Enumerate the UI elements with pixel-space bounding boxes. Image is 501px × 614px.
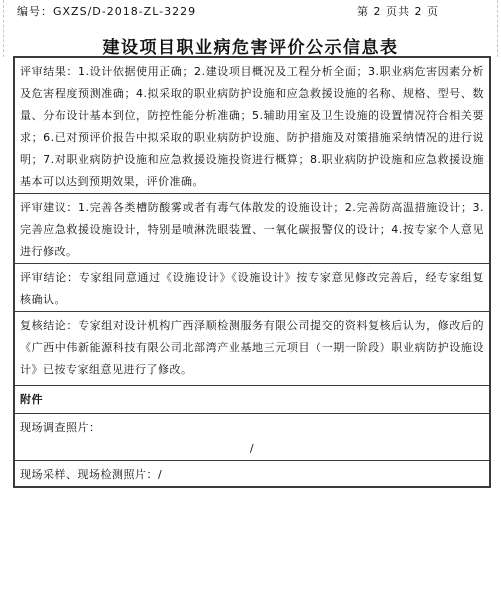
recheck-conclusion-cell: 复核结论：专家组对设计机构广西泽顺检测服务有限公司提交的资料复核后认为，修改后的… bbox=[14, 312, 490, 386]
site-survey-value: / bbox=[20, 439, 484, 459]
table-row: 复核结论：专家组对设计机构广西泽顺检测服务有限公司提交的资料复核后认为，修改后的… bbox=[14, 312, 490, 386]
table-row: 评审结果：1.设计依据使用正确；2.建设项目概况及工程分析全面；3.职业病危害因… bbox=[14, 57, 490, 194]
review-result-cell: 评审结果：1.设计依据使用正确；2.建设项目概况及工程分析全面；3.职业病危害因… bbox=[14, 57, 490, 194]
table-row: 附件 bbox=[14, 386, 490, 414]
table-row: 评审建议：1.完善各类槽防酸雾或者有毒气体散发的设施设计；2.完善防高温措施设计… bbox=[14, 194, 490, 264]
sampling-photos-cell: 现场采样、现场检测照片：/ bbox=[14, 461, 490, 488]
page-indicator: 第 2 页共 2 页 bbox=[357, 3, 439, 19]
evaluation-info-table: 评审结果：1.设计依据使用正确；2.建设项目概况及工程分析全面；3.职业病危害因… bbox=[13, 56, 491, 488]
table-row: 现场采样、现场检测照片：/ bbox=[14, 461, 490, 488]
page-title: 建设项目职业病危害评价公示信息表 bbox=[0, 33, 501, 58]
site-survey-photos-cell: 现场调查照片： / bbox=[14, 414, 490, 461]
review-conclusion-cell: 评审结论：专家组同意通过《设施设计》《设施设计》按专家意见修改完善后，经专家组复… bbox=[14, 264, 490, 312]
attachment-heading-cell: 附件 bbox=[14, 386, 490, 414]
doc-number: 编号：GXZS/D-2018-ZL-3229 bbox=[17, 3, 196, 19]
site-survey-label: 现场调查照片： bbox=[20, 417, 484, 439]
review-suggestion-cell: 评审建议：1.完善各类槽防酸雾或者有毒气体散发的设施设计；2.完善防高温措施设计… bbox=[14, 194, 490, 264]
document-page: 编号：GXZS/D-2018-ZL-3229 第 2 页共 2 页 建设项目职业… bbox=[0, 0, 501, 614]
table-row: 评审结论：专家组同意通过《设施设计》《设施设计》按专家意见修改完善后，经专家组复… bbox=[14, 264, 490, 312]
table-row: 现场调查照片： / bbox=[14, 414, 490, 461]
